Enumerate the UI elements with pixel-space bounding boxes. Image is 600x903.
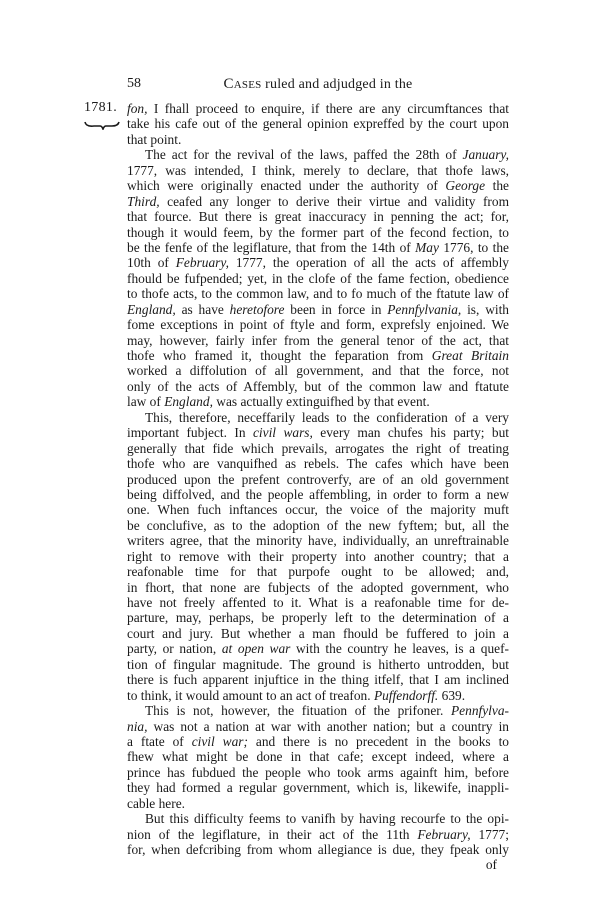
italic-segment: heretofore [230, 302, 285, 317]
text-segment: fome exceptions in point of ftyle and fo… [127, 317, 509, 332]
text-segment: generally that fide which prevails, arro… [127, 441, 509, 456]
text-segment: 10th of [127, 255, 176, 270]
text-line: worked a diffolution of all government, … [127, 363, 509, 378]
italic-segment: Third, [127, 194, 160, 209]
italic-segment: fon, [127, 101, 147, 116]
text-segment: worked a diffolution of all government, … [127, 363, 509, 378]
text-line: to think, it would amount to an act of t… [127, 688, 509, 703]
running-head: 58 Cases ruled and adjudged in the [127, 76, 509, 94]
text-segment: This, therefore, neceffarily leads to th… [145, 410, 509, 425]
text-line: reafonable time for that purpofe ought t… [127, 564, 509, 579]
text-line: fon, I fhall proceed to enquire, if ther… [127, 101, 509, 116]
text-line: produced upon the prefent controverfy, a… [127, 472, 509, 487]
text-line: tion of fingular magnitude. The ground i… [127, 657, 509, 672]
text-line: be conclufive, as to the adoption of the… [127, 518, 509, 533]
text-segment: being diffolved, and the people affembli… [127, 487, 509, 502]
text-line: parture, may, perhaps, be properly left … [127, 610, 509, 625]
text-line: fhould be fufpended; yet, in the clofe o… [127, 271, 509, 286]
text-line: fome exceptions in point of ftyle and fo… [127, 317, 509, 332]
text-line: for, when defcribing from whom allegianc… [127, 842, 509, 857]
text-line: be the fenfe of the legiflature, that fr… [127, 240, 509, 255]
text-line: that fource. But there is great inaccura… [127, 209, 509, 224]
text-line: But this difficulty feems to vanifh by h… [127, 811, 509, 826]
text-line: nion of the legiflature, in their act of… [127, 827, 509, 842]
text-line: writers agree, that the minority have, i… [127, 533, 509, 548]
text-line: important fubject. In civil wars, every … [127, 425, 509, 440]
text-line: there is fuch apparent injuftice in the … [127, 672, 509, 687]
italic-segment: May [415, 240, 439, 255]
text-segment: 1777, the operation of all the acts of a… [229, 255, 509, 270]
text-segment: though it would feem, by the former part… [127, 225, 509, 240]
text-segment: This is not, however, the fituation of t… [145, 703, 451, 718]
text-segment: that point. [127, 132, 181, 147]
text-segment: But this difficulty feems to vanifh by h… [145, 811, 509, 826]
text-line: right to remove with their property into… [127, 549, 509, 564]
text-segment: reafonable time for that purpofe ought t… [127, 564, 509, 579]
text-segment: may, however, fairly infer from the gene… [127, 333, 509, 348]
text-line: This is not, however, the fituation of t… [127, 703, 509, 718]
text-segment: be the fenfe of the legiflature, that fr… [127, 240, 415, 255]
italic-segment: February, [417, 827, 470, 842]
text-segment: was actually extinguifhed by that event. [213, 394, 430, 409]
book-page: 58 Cases ruled and adjudged in the 1781.… [0, 0, 600, 903]
text-segment: is, with [461, 302, 509, 317]
text-segment: with the country he leaves, is a quef- [290, 641, 509, 656]
text-line: only of the acts of Affembly, but of the… [127, 379, 509, 394]
text-line: that point. [127, 132, 509, 147]
running-title-rest: ruled and adjudged in the [261, 77, 412, 92]
text-segment: party, or nation, [127, 641, 222, 656]
text-line: in fhort, that none are fubjects of the … [127, 580, 509, 595]
text-segment: as have [176, 302, 230, 317]
text-segment: writers agree, that the minority have, i… [127, 533, 509, 548]
text-segment: prince has fubdued the people who took a… [127, 765, 509, 780]
text-segment: there is fuch apparent injuftice in the … [127, 672, 509, 687]
text-line: Third, ceafed any longer to derive their… [127, 194, 509, 209]
text-segment: a ftate of [127, 734, 192, 749]
text-line: to thofe acts, to the common law, and to… [127, 286, 509, 301]
text-segment: be conclufive, as to the adoption of the… [127, 518, 509, 533]
text-line: one. When fuch inftances occur, the voic… [127, 502, 509, 517]
text-segment: and there is no precedent in the books t… [248, 734, 509, 749]
text-line: party, or nation, at open war with the c… [127, 641, 509, 656]
text-line: thofe who are vanquifhed as rebels. The … [127, 456, 509, 471]
text-line: law of England, was actually extinguifhe… [127, 394, 509, 409]
text-segment: the [485, 178, 509, 193]
text-segment: was not a nation at war with another nat… [147, 719, 509, 734]
text-segment: that fource. But there is great inaccura… [127, 209, 509, 224]
text-segment: parture, may, perhaps, be properly left … [127, 610, 509, 625]
italic-segment: England, [164, 394, 213, 409]
text-segment: important fubject. In [127, 425, 253, 440]
text-line: 1777, was intended, I think, merely to d… [127, 163, 509, 178]
text-line: cable here. [127, 796, 509, 811]
italic-segment: Puffendorff. [374, 688, 438, 703]
text-segment: to think, it would amount to an act of t… [127, 688, 374, 703]
text-segment: cable here. [127, 796, 185, 811]
text-segment: they had formed a regular government, wh… [127, 780, 509, 795]
text-line: have not freely affented to it. What is … [127, 595, 509, 610]
text-line: may, however, fairly infer from the gene… [127, 333, 509, 348]
italic-segment: England, [127, 302, 176, 317]
text-segment: The act for the revival of the laws, paf… [145, 147, 463, 162]
italic-segment: Great Britain [432, 348, 509, 363]
text-segment: 639. [438, 688, 465, 703]
text-line: The act for the revival of the laws, paf… [127, 147, 509, 162]
italic-segment: Pennfylvania, [387, 302, 461, 317]
margin-brace-icon [84, 120, 120, 130]
text-segment: nion of the legiflature, in their act of… [127, 827, 417, 842]
text-line: prince has fubdued the people who took a… [127, 765, 509, 780]
italic-segment: at open war [222, 641, 291, 656]
text-segment: thofe who framed it, thought the feparat… [127, 348, 432, 363]
body-text: fon, I fhall proceed to enquire, if ther… [127, 101, 509, 873]
text-segment: court and jury. But whether a man fhould… [127, 626, 509, 641]
text-segment: which were originally enacted under the … [127, 178, 445, 193]
text-segment: been in force in [284, 302, 387, 317]
italic-segment: January, [463, 147, 510, 162]
italic-segment: nia, [127, 719, 147, 734]
text-line: generally that fide which prevails, arro… [127, 441, 509, 456]
text-segment: only of the acts of Affembly, but of the… [127, 379, 509, 394]
text-segment: every man chufes his party; but [313, 425, 509, 440]
italic-segment: civil war; [192, 734, 248, 749]
text-segment: 1777; [471, 827, 509, 842]
text-segment: tion of fingular magnitude. The ground i… [127, 657, 509, 672]
running-title-smallcaps: Cases [224, 76, 262, 92]
text-line: though it would feem, by the former part… [127, 225, 509, 240]
italic-segment: February, [176, 255, 229, 270]
text-segment: fhew what might be done in that cafe; ex… [127, 749, 509, 764]
text-line: take his cafe out of the general opinion… [127, 116, 509, 131]
text-segment: one. When fuch inftances occur, the voic… [127, 502, 509, 517]
text-segment: take his cafe out of the general opinion… [127, 116, 509, 131]
running-title: Cases ruled and adjudged in the [127, 76, 509, 93]
text-segment: produced upon the prefent controverfy, a… [127, 472, 509, 487]
text-segment: I fhall proceed to enquire, if there are… [147, 101, 509, 116]
text-line: being diffolved, and the people affembli… [127, 487, 509, 502]
text-segment: fhould be fufpended; yet, in the clofe o… [127, 271, 509, 286]
text-segment: in fhort, that none are fubjects of the … [127, 580, 509, 595]
text-line: fhew what might be done in that cafe; ex… [127, 749, 509, 764]
text-line: 10th of February, 1777, the operation of… [127, 255, 509, 270]
text-segment: law of [127, 394, 164, 409]
text-segment: 1777, was intended, I think, merely to d… [127, 163, 509, 178]
text-segment: right to remove with their property into… [127, 549, 509, 564]
text-line: England, as have heretofore been in forc… [127, 302, 509, 317]
text-segment: thofe who are vanquifhed as rebels. The … [127, 456, 509, 471]
text-segment: for, when defcribing from whom allegianc… [127, 842, 509, 857]
text-segment: have not freely affented to it. What is … [127, 595, 509, 610]
italic-segment: civil wars, [253, 425, 313, 440]
text-line: they had formed a regular government, wh… [127, 780, 509, 795]
text-line: thofe who framed it, thought the feparat… [127, 348, 509, 363]
margin-year: 1781. [84, 100, 117, 116]
catchword: of [127, 857, 509, 872]
text-line: This, therefore, neceffarily leads to th… [127, 410, 509, 425]
text-line: which were originally enacted under the … [127, 178, 509, 193]
text-line: nia, was not a nation at war with anothe… [127, 719, 509, 734]
italic-segment: Pennfylva- [451, 703, 509, 718]
text-segment: ceafed any longer to derive their virtue… [160, 194, 509, 209]
text-segment: 1776, to the [439, 240, 509, 255]
text-line: court and jury. But whether a man fhould… [127, 626, 509, 641]
italic-segment: George [445, 178, 485, 193]
text-segment: to thofe acts, to the common law, and to… [127, 286, 509, 301]
text-line: a ftate of civil war; and there is no pr… [127, 734, 509, 749]
